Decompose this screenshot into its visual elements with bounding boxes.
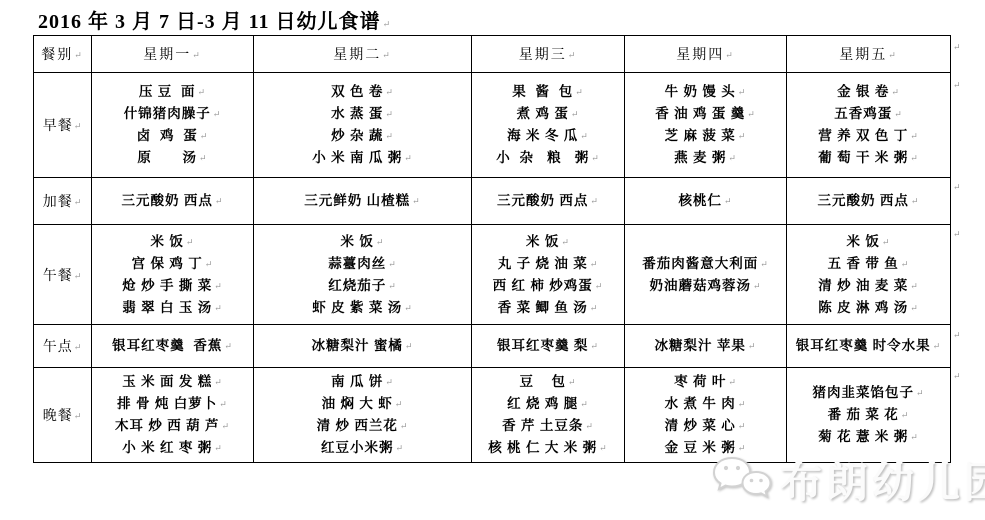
page-title: 2016 年 3 月 7 日-3 月 11 日幼儿食谱	[38, 5, 391, 34]
corner-header: 餐别	[34, 36, 92, 73]
meal-label-breakfast: 早餐	[34, 73, 92, 178]
menu-table: 餐别 星期一 星期二 星期三 星期四 星期五 早餐 压 豆 面 什锦猪肉臊子 卤…	[33, 35, 951, 463]
menu-line: 红豆小米粥	[256, 437, 469, 459]
menu-line: 枣 荷 叶	[627, 371, 784, 393]
menu-cell: 三元鲜奶 山楂糕	[254, 178, 472, 225]
menu-line: 西 红 柿 炒鸡蛋	[474, 275, 622, 297]
day-header-monday: 星期一	[92, 36, 254, 73]
meal-label-lunch: 午餐	[34, 225, 92, 325]
menu-line: 排 骨 炖 白萝卜	[94, 393, 251, 415]
menu-line: 虾 皮 紫 菜 汤	[256, 297, 469, 319]
menu-cell: 核桃仁	[625, 178, 787, 225]
menu-line: 双 色 卷	[256, 81, 469, 103]
menu-line: 小 米 南 瓜 粥	[256, 147, 469, 169]
day-header-friday: 星期五	[787, 36, 951, 73]
menu-line: 果 酱 包	[474, 81, 622, 103]
menu-line: 菊 花 薏 米 粥	[789, 426, 948, 448]
menu-line: 五香鸡蛋	[789, 103, 948, 125]
menu-line: 米 饭	[94, 231, 251, 253]
menu-line: 核 桃 仁 大 米 粥	[474, 437, 622, 459]
menu-line: 冰糖梨汁 苹果	[627, 335, 784, 357]
menu-line: 陈 皮 淋 鸡 汤	[789, 297, 948, 319]
meal-label-morning-snack: 加餐	[34, 178, 92, 225]
menu-cell: 猪肉韭菜馅包子 番 茄 菜 花 菊 花 薏 米 粥	[787, 368, 951, 463]
menu-line: 宫 保 鸡 丁	[94, 253, 251, 275]
menu-line: 金 银 卷	[789, 81, 948, 103]
menu-cell: 双 色 卷 水 蒸 蛋 炒 杂 蔬 小 米 南 瓜 粥	[254, 73, 472, 178]
menu-cell: 银耳红枣羹 时令水果	[787, 325, 951, 368]
menu-line: 三元酸奶 西点	[94, 190, 251, 212]
menu-line: 燕 麦 粥	[627, 147, 784, 169]
menu-cell: 玉 米 面 发 糕 排 骨 炖 白萝卜 木耳 炒 西 葫 芦 小 米 红 枣 粥	[92, 368, 254, 463]
paragraph-mark: ↵	[953, 182, 965, 193]
paragraph-mark: ↵	[953, 229, 965, 240]
day-header-thursday: 星期四	[625, 36, 787, 73]
menu-cell: 米 饭 五 香 带 鱼 清 炒 油 麦 菜 陈 皮 淋 鸡 汤	[787, 225, 951, 325]
menu-line: 米 饭	[789, 231, 948, 253]
menu-line: 银耳红枣羹 时令水果	[789, 335, 948, 357]
menu-line: 三元酸奶 西点	[789, 190, 948, 212]
table-row-breakfast: 早餐 压 豆 面 什锦猪肉臊子 卤 鸡 蛋 原 汤 双 色 卷 水 蒸 蛋 炒 …	[34, 73, 951, 178]
menu-line: 小 米 红 枣 粥	[94, 437, 251, 459]
paragraph-mark: ↵	[953, 371, 965, 382]
paragraph-mark: ↵	[953, 42, 965, 53]
menu-cell: 三元酸奶 西点	[92, 178, 254, 225]
menu-line: 芝 麻 菠 菜	[627, 125, 784, 147]
menu-cell: 米 饭 宫 保 鸡 丁 炝 炒 手 撕 菜 翡 翠 白 玉 汤	[92, 225, 254, 325]
menu-line: 蒜薹肉丝	[256, 253, 469, 275]
menu-cell: 米 饭 蒜薹肉丝 红烧茄子 虾 皮 紫 菜 汤	[254, 225, 472, 325]
menu-line: 三元酸奶 西点	[474, 190, 622, 212]
document-page: 2016 年 3 月 7 日-3 月 11 日幼儿食谱 餐别 星期一 星期二 星…	[0, 0, 985, 520]
menu-line: 豆 包	[474, 371, 622, 393]
menu-line: 葡 萄 干 米 粥	[789, 147, 948, 169]
menu-line: 清 炒 西兰花	[256, 415, 469, 437]
menu-line: 油 焖 大 虾	[256, 393, 469, 415]
menu-cell: 牛 奶 馒 头 香 油 鸡 蛋 羹 芝 麻 菠 菜 燕 麦 粥	[625, 73, 787, 178]
menu-line: 营 养 双 色 丁	[789, 125, 948, 147]
meal-label-afternoon-snack: 午点	[34, 325, 92, 368]
menu-line: 炝 炒 手 撕 菜	[94, 275, 251, 297]
menu-line: 米 饭	[474, 231, 622, 253]
menu-line: 什锦猪肉臊子	[94, 103, 251, 125]
menu-line: 番 茄 菜 花	[789, 404, 948, 426]
menu-line: 番茄肉酱意大利面	[627, 253, 784, 275]
menu-line: 香 菜 鲫 鱼 汤	[474, 297, 622, 319]
menu-line: 木耳 炒 西 葫 芦	[94, 415, 251, 437]
menu-cell: 枣 荷 叶 水 煮 牛 肉 清 炒 菜 心 金 豆 米 粥	[625, 368, 787, 463]
menu-line: 银耳红枣羹 香蕉	[94, 335, 251, 357]
menu-line: 南 瓜 饼	[256, 371, 469, 393]
menu-cell: 三元酸奶 西点	[787, 178, 951, 225]
menu-line: 海 米 冬 瓜	[474, 125, 622, 147]
menu-cell: 三元酸奶 西点	[472, 178, 625, 225]
day-header-wednesday: 星期三	[472, 36, 625, 73]
menu-cell: 番茄肉酱意大利面 奶油蘑菇鸡蓉汤	[625, 225, 787, 325]
menu-line: 清 炒 油 麦 菜	[789, 275, 948, 297]
header-row: 餐别 星期一 星期二 星期三 星期四 星期五	[34, 36, 951, 73]
menu-cell: 冰糖梨汁 蜜橘	[254, 325, 472, 368]
menu-cell: 豆 包 红 烧 鸡 腿 香 芹 土豆条 核 桃 仁 大 米 粥	[472, 368, 625, 463]
menu-line: 金 豆 米 粥	[627, 437, 784, 459]
menu-line: 翡 翠 白 玉 汤	[94, 297, 251, 319]
menu-line: 米 饭	[256, 231, 469, 253]
table-row-morning-snack: 加餐 三元酸奶 西点 三元鲜奶 山楂糕 三元酸奶 西点 核桃仁 三元酸奶 西点	[34, 178, 951, 225]
menu-cell: 金 银 卷 五香鸡蛋 营 养 双 色 丁 葡 萄 干 米 粥	[787, 73, 951, 178]
menu-line: 水 煮 牛 肉	[627, 393, 784, 415]
menu-line: 卤 鸡 蛋	[94, 125, 251, 147]
menu-line: 玉 米 面 发 糕	[94, 371, 251, 393]
menu-line: 银耳红枣羹 梨	[474, 335, 622, 357]
meal-label-dinner: 晚餐	[34, 368, 92, 463]
menu-line: 五 香 带 鱼	[789, 253, 948, 275]
menu-line: 红烧茄子	[256, 275, 469, 297]
menu-line: 丸 子 烧 油 菜	[474, 253, 622, 275]
menu-line: 原 汤	[94, 147, 251, 169]
menu-cell: 南 瓜 饼 油 焖 大 虾 清 炒 西兰花 红豆小米粥	[254, 368, 472, 463]
table-row-dinner: 晚餐 玉 米 面 发 糕 排 骨 炖 白萝卜 木耳 炒 西 葫 芦 小 米 红 …	[34, 368, 951, 463]
table-row-lunch: 午餐 米 饭 宫 保 鸡 丁 炝 炒 手 撕 菜 翡 翠 白 玉 汤 米 饭 蒜…	[34, 225, 951, 325]
table-row-afternoon-snack: 午点 银耳红枣羹 香蕉 冰糖梨汁 蜜橘 银耳红枣羹 梨 冰糖梨汁 苹果 银耳红枣…	[34, 325, 951, 368]
menu-cell: 压 豆 面 什锦猪肉臊子 卤 鸡 蛋 原 汤	[92, 73, 254, 178]
menu-line: 清 炒 菜 心	[627, 415, 784, 437]
menu-cell: 银耳红枣羹 香蕉	[92, 325, 254, 368]
menu-line: 冰糖梨汁 蜜橘	[256, 335, 469, 357]
menu-cell: 米 饭 丸 子 烧 油 菜 西 红 柿 炒鸡蛋 香 菜 鲫 鱼 汤	[472, 225, 625, 325]
menu-line: 奶油蘑菇鸡蓉汤	[627, 275, 784, 297]
menu-line: 牛 奶 馒 头	[627, 81, 784, 103]
menu-line: 红 烧 鸡 腿	[474, 393, 622, 415]
menu-line: 煮 鸡 蛋	[474, 103, 622, 125]
menu-line: 核桃仁	[627, 190, 784, 212]
menu-line: 三元鲜奶 山楂糕	[256, 190, 469, 212]
menu-line: 香 油 鸡 蛋 羹	[627, 103, 784, 125]
menu-line: 水 蒸 蛋	[256, 103, 469, 125]
day-header-tuesday: 星期二	[254, 36, 472, 73]
menu-line: 压 豆 面	[94, 81, 251, 103]
menu-cell: 银耳红枣羹 梨	[472, 325, 625, 368]
menu-cell: 果 酱 包 煮 鸡 蛋 海 米 冬 瓜 小 杂 粮 粥	[472, 73, 625, 178]
menu-line: 猪肉韭菜馅包子	[789, 382, 948, 404]
menu-line: 炒 杂 蔬	[256, 125, 469, 147]
menu-cell: 冰糖梨汁 苹果	[625, 325, 787, 368]
menu-line: 香 芹 土豆条	[474, 415, 622, 437]
paragraph-mark: ↵	[953, 80, 965, 91]
menu-line: 小 杂 粮 粥	[474, 147, 622, 169]
paragraph-mark: ↵	[953, 330, 965, 341]
